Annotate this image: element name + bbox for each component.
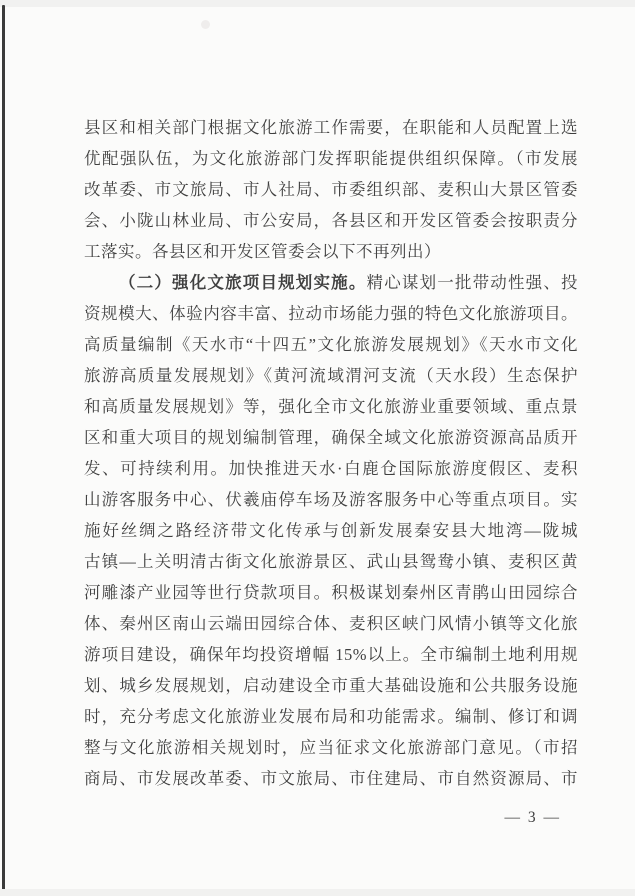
scan-artifact-speck bbox=[201, 20, 210, 29]
page-number: — 3 — bbox=[505, 809, 562, 827]
text-segment: 发、可持续利用。加快推进天水·白鹿仓国际旅游度假区、麦积 bbox=[84, 459, 578, 478]
text-line: 县区和相关部门根据文化旅游工作需要，在职能和人员配置上选 bbox=[84, 112, 578, 143]
text-line: 体、秦州区南山云端田园综合体、麦积区峡门风情小镇等文化旅 bbox=[84, 608, 578, 639]
text-line: 旅游高质量发展规划》《黄河流域渭河支流（天水段）生态保护 bbox=[84, 360, 578, 391]
text-line: 改革委、市文旅局、市人社局、市委组织部、麦积山大景区管委 bbox=[84, 174, 578, 205]
text-line: （二）强化文旅项目规划实施。精心谋划一批带动性强、投 bbox=[84, 267, 578, 298]
text-segment: 体、秦州区南山云端田园综合体、麦积区峡门风情小镇等文化旅 bbox=[84, 614, 578, 633]
section-heading-segment: （二）强化文旅项目规划实施。 bbox=[119, 273, 367, 292]
scan-edge-left bbox=[2, 5, 5, 896]
text-line: 游项目建设，确保年均投资增幅 15%以上。全市编制土地利用规 bbox=[84, 639, 578, 670]
text-line: 区和重大项目的规划编制管理，确保全域文化旅游资源高品质开 bbox=[84, 422, 578, 453]
text-line: 划、城乡发展规划，启动建设全市重大基础设施和公共服务设施 bbox=[84, 670, 578, 701]
text-line: 时，充分考虑文化旅游业发展布局和功能需求。编制、修订和调 bbox=[84, 701, 578, 732]
text-line: 河雕漆产业园等世行贷款项目。积极谋划秦州区青鹃山田园综合 bbox=[84, 577, 578, 608]
text-segment: 改革委、市文旅局、市人社局、市委组织部、麦积山大景区管委 bbox=[84, 180, 578, 199]
scan-edge-bottom bbox=[0, 889, 635, 896]
text-segment: 和高质量发展规划》等，强化全市文化旅游业重要领域、重点景 bbox=[84, 397, 578, 416]
text-line: 发、可持续利用。加快推进天水·白鹿仓国际旅游度假区、麦积 bbox=[84, 453, 578, 484]
text-segment: 高质量编制《天水市“十四五”文化旅游发展规划》《天水市文化 bbox=[84, 335, 578, 354]
text-line: 和高质量发展规划》等，强化全市文化旅游业重要领域、重点景 bbox=[84, 391, 578, 422]
text-segment: 时，充分考虑文化旅游业发展布局和功能需求。编制、修订和调 bbox=[84, 707, 578, 726]
text-line: 古镇—上关明清古街文化旅游景区、武山县鸳鸯小镇、麦积区黄 bbox=[84, 546, 578, 577]
text-line: 优配强队伍，为文化旅游部门发挥职能提供组织保障。（市发展 bbox=[84, 143, 578, 174]
text-line: 商局、市发展改革委、市文旅局、市住建局、市自然资源局、市 bbox=[84, 763, 578, 794]
text-segment: 区和重大项目的规划编制管理，确保全域文化旅游资源高品质开 bbox=[84, 428, 578, 447]
text-segment: 整与文化旅游相关规划时，应当征求文化旅游部门意见。（市招 bbox=[84, 738, 578, 757]
text-segment: 县区和相关部门根据文化旅游工作需要，在职能和人员配置上选 bbox=[84, 118, 578, 137]
text-segment: 优配强队伍，为文化旅游部门发挥职能提供组织保障。（市发展 bbox=[84, 149, 578, 168]
text-line: 资规模大、体验内容丰富、拉动市场能力强的特色文化旅游项目。 bbox=[84, 298, 578, 329]
text-segment: 工落实。各县区和开发区管委会以下不再列出） bbox=[84, 242, 441, 261]
text-line: 山游客服务中心、伏羲庙停车场及游客服务中心等重点项目。实 bbox=[84, 484, 578, 515]
text-line: 工落实。各县区和开发区管委会以下不再列出） bbox=[84, 236, 578, 267]
text-segment: 会、小陇山林业局、市公安局，各县区和开发区管委会按职责分 bbox=[84, 211, 578, 230]
text-segment: 古镇—上关明清古街文化旅游景区、武山县鸳鸯小镇、麦积区黄 bbox=[84, 552, 578, 571]
text-segment: 资规模大、体验内容丰富、拉动市场能力强的特色文化旅游项目。 bbox=[84, 304, 578, 323]
text-line: 会、小陇山林业局、市公安局，各县区和开发区管委会按职责分 bbox=[84, 205, 578, 236]
text-segment: 游项目建设，确保年均投资增幅 15%以上。全市编制土地利用规 bbox=[84, 645, 578, 664]
text-segment: 河雕漆产业园等世行贷款项目。积极谋划秦州区青鹃山田园综合 bbox=[84, 583, 578, 602]
text-line: 施好丝绸之路经济带文化传承与创新发展秦安县大地湾—陇城 bbox=[84, 515, 578, 546]
text-line: 整与文化旅游相关规划时，应当征求文化旅游部门意见。（市招 bbox=[84, 732, 578, 763]
text-line: 高质量编制《天水市“十四五”文化旅游发展规划》《天水市文化 bbox=[84, 329, 578, 360]
text-segment: 施好丝绸之路经济带文化传承与创新发展秦安县大地湾—陇城 bbox=[84, 521, 578, 540]
text-segment: 商局、市发展改革委、市文旅局、市住建局、市自然资源局、市 bbox=[84, 769, 578, 788]
document-text-block: 县区和相关部门根据文化旅游工作需要，在职能和人员配置上选优配强队伍，为文化旅游部… bbox=[84, 112, 578, 794]
text-segment: 山游客服务中心、伏羲庙停车场及游客服务中心等重点项目。实 bbox=[84, 490, 578, 509]
text-segment: 划、城乡发展规划，启动建设全市重大基础设施和公共服务设施 bbox=[84, 676, 578, 695]
text-segment: 精心谋划一批带动性强、投 bbox=[367, 273, 578, 292]
text-segment: 旅游高质量发展规划》《黄河流域渭河支流（天水段）生态保护 bbox=[84, 366, 578, 385]
scan-edge-top bbox=[0, 0, 635, 7]
